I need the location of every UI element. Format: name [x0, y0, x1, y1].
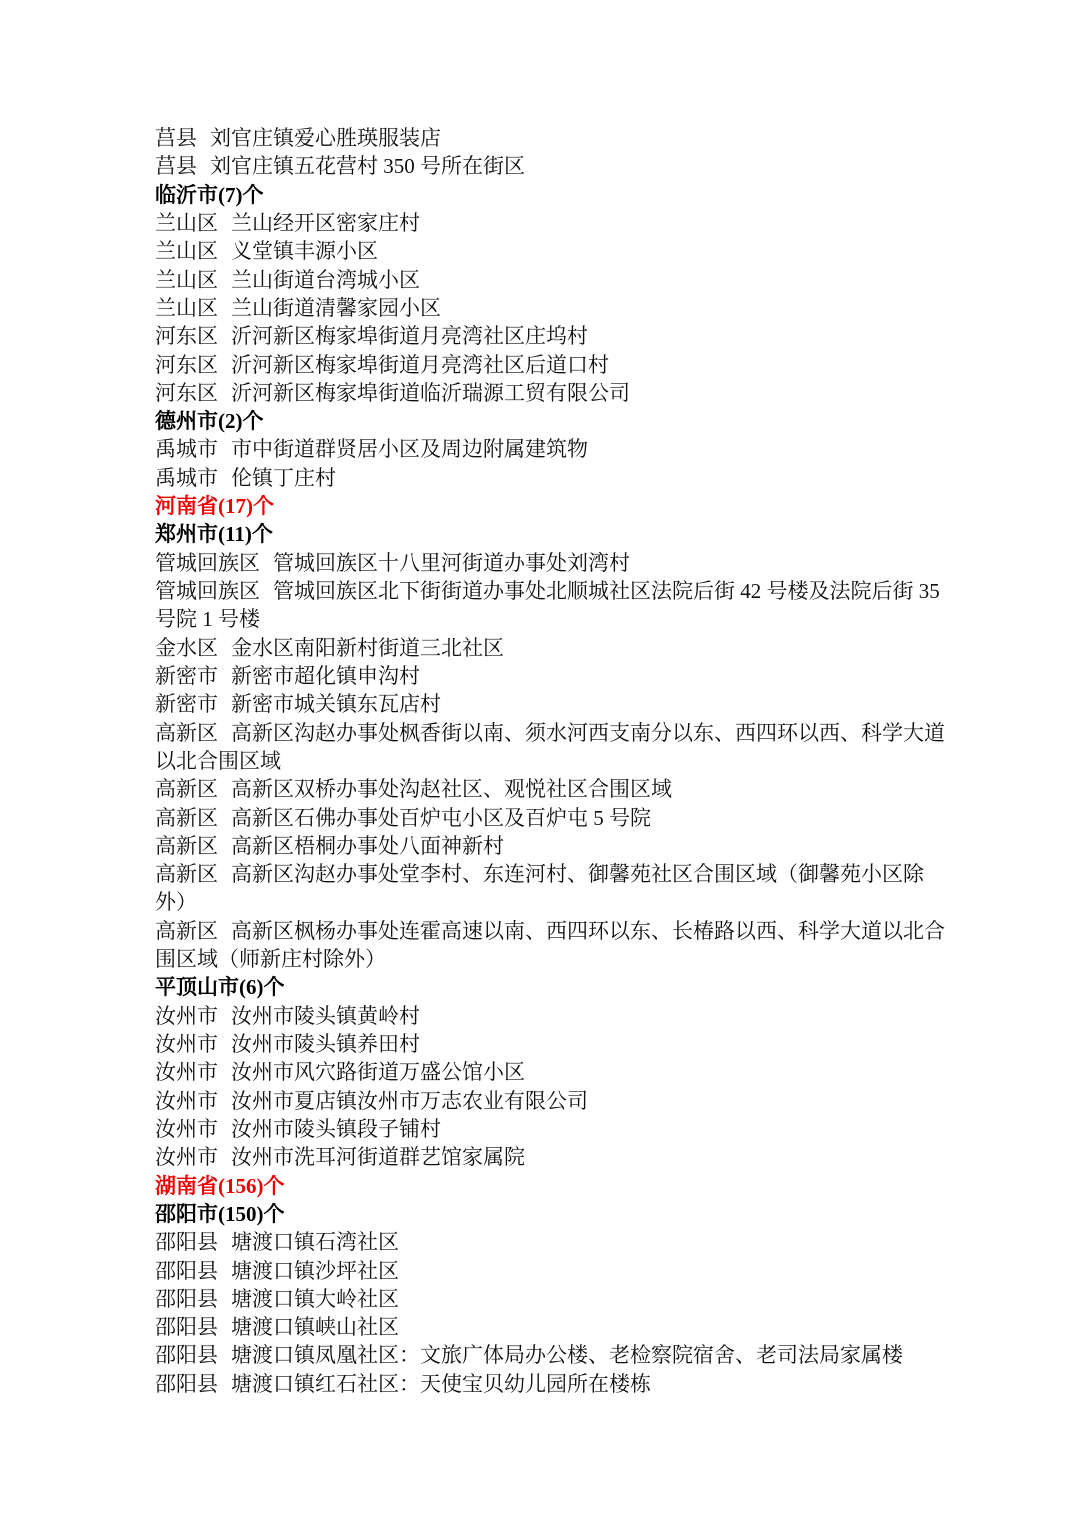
entry-district: 莒县 — [155, 126, 197, 150]
entry-district: 汝州市 — [155, 1089, 218, 1113]
region-entry: 高新区高新区双桥办事处沟赵社区、观悦社区合围区域 — [155, 775, 947, 803]
entry-district: 金水区 — [155, 636, 218, 660]
entry-district: 邵阳县 — [155, 1287, 218, 1311]
entry-district: 莒县 — [155, 154, 197, 178]
region-entry: 河东区沂河新区梅家埠街道月亮湾社区后道口村 — [155, 351, 947, 379]
entry-location: 新密市超化镇申沟村 — [231, 664, 420, 688]
region-entry: 汝州市汝州市陵头镇养田村 — [155, 1030, 947, 1058]
entry-district: 管城回族区 — [155, 551, 260, 575]
entry-district: 新密市 — [155, 664, 218, 688]
entry-location: 高新区沟赵办事处枫香街以南、须水河西支南分以东、西四环以西、科学大道以北合围区域 — [155, 721, 945, 773]
entry-location: 沂河新区梅家埠街道临沂瑞源工贸有限公司 — [231, 381, 630, 405]
entry-district: 邵阳县 — [155, 1372, 218, 1396]
entry-district: 兰山区 — [155, 296, 218, 320]
entry-location: 兰山经开区密家庄村 — [231, 211, 420, 235]
entry-district: 高新区 — [155, 721, 218, 745]
entry-district: 河东区 — [155, 353, 218, 377]
entry-district: 禹城市 — [155, 466, 218, 490]
entry-location: 汝州市风穴路街道万盛公馆小区 — [231, 1060, 525, 1084]
entry-location: 塘渡口镇沙坪社区 — [231, 1259, 399, 1283]
region-entry: 汝州市汝州市风穴路街道万盛公馆小区 — [155, 1058, 947, 1086]
region-entry: 邵阳县塘渡口镇石湾社区 — [155, 1228, 947, 1256]
region-entry: 金水区金水区南阳新村街道三北社区 — [155, 634, 947, 662]
entry-location: 高新区枫杨办事处连霍高速以南、西四环以东、长椿路以西、科学大道以北合围区域（师新… — [155, 919, 945, 971]
entry-location: 伦镇丁庄村 — [231, 466, 336, 490]
entry-district: 高新区 — [155, 777, 218, 801]
city-header: 德州市(2)个 — [155, 407, 947, 435]
region-entry: 高新区高新区梧桐办事处八面神新村 — [155, 832, 947, 860]
entry-location: 高新区梧桐办事处八面神新村 — [231, 834, 504, 858]
region-entry: 兰山区兰山经开区密家庄村 — [155, 209, 947, 237]
region-entry: 管城回族区管城回族区十八里河街道办事处刘湾村 — [155, 549, 947, 577]
region-entry: 邵阳县塘渡口镇峡山社区 — [155, 1313, 947, 1341]
entry-district: 汝州市 — [155, 1032, 218, 1056]
entry-district: 高新区 — [155, 862, 218, 886]
region-entry: 高新区高新区石佛办事处百炉屯小区及百炉屯 5 号院 — [155, 804, 947, 832]
risk-area-list: 莒县刘官庄镇爱心胜瑛服装店莒县刘官庄镇五花营村 350 号所在街区临沂市(7)个… — [155, 124, 947, 1398]
entry-location: 塘渡口镇大岭社区 — [231, 1287, 399, 1311]
entry-location: 塘渡口镇凤凰社区：文旅广体局办公楼、老检察院宿舍、老司法局家属楼 — [231, 1343, 903, 1367]
entry-location: 新密市城关镇东瓦店村 — [231, 692, 441, 716]
region-entry: 禹城市伦镇丁庄村 — [155, 464, 947, 492]
region-entry: 莒县刘官庄镇五花营村 350 号所在街区 — [155, 152, 947, 180]
region-entry: 新密市新密市超化镇申沟村 — [155, 662, 947, 690]
entry-district: 邵阳县 — [155, 1259, 218, 1283]
entry-district: 兰山区 — [155, 211, 218, 235]
entry-district: 汝州市 — [155, 1117, 218, 1141]
entry-district: 禹城市 — [155, 437, 218, 461]
region-entry: 邵阳县塘渡口镇红石社区：天使宝贝幼儿园所在楼栋 — [155, 1370, 947, 1398]
city-header: 临沂市(7)个 — [155, 181, 947, 209]
region-entry: 汝州市汝州市陵头镇段子铺村 — [155, 1115, 947, 1143]
entry-location: 汝州市陵头镇段子铺村 — [231, 1117, 441, 1141]
entry-location: 义堂镇丰源小区 — [231, 239, 378, 263]
city-header: 邵阳市(150)个 — [155, 1200, 947, 1228]
province-header: 湖南省(156)个 — [155, 1172, 947, 1200]
region-entry: 兰山区兰山街道清馨家园小区 — [155, 294, 947, 322]
entry-location: 塘渡口镇峡山社区 — [231, 1315, 399, 1339]
entry-district: 汝州市 — [155, 1060, 218, 1084]
region-entry: 汝州市汝州市洗耳河街道群艺馆家属院 — [155, 1143, 947, 1171]
region-entry: 高新区高新区沟赵办事处枫香街以南、须水河西支南分以东、西四环以西、科学大道以北合… — [155, 719, 947, 776]
entry-location: 汝州市洗耳河街道群艺馆家属院 — [231, 1145, 525, 1169]
entry-location: 刘官庄镇五花营村 350 号所在街区 — [210, 154, 525, 178]
entry-location: 高新区双桥办事处沟赵社区、观悦社区合围区域 — [231, 777, 672, 801]
entry-location: 沂河新区梅家埠街道月亮湾社区庄坞村 — [231, 324, 588, 348]
region-entry: 汝州市汝州市陵头镇黄岭村 — [155, 1002, 947, 1030]
entry-location: 汝州市夏店镇汝州市万志农业有限公司 — [231, 1089, 588, 1113]
entry-location: 汝州市陵头镇黄岭村 — [231, 1004, 420, 1028]
entry-district: 管城回族区 — [155, 579, 260, 603]
region-entry: 禹城市市中街道群贤居小区及周边附属建筑物 — [155, 435, 947, 463]
region-entry: 管城回族区管城回族区北下街街道办事处北顺城社区法院后街 42 号楼及法院后街 3… — [155, 577, 947, 634]
entry-district: 汝州市 — [155, 1145, 218, 1169]
entry-location: 金水区南阳新村街道三北社区 — [231, 636, 504, 660]
entry-location: 管城回族区十八里河街道办事处刘湾村 — [273, 551, 630, 575]
entry-district: 新密市 — [155, 692, 218, 716]
entry-district: 邵阳县 — [155, 1315, 218, 1339]
entry-location: 兰山街道清馨家园小区 — [231, 296, 441, 320]
document-page: 莒县刘官庄镇爱心胜瑛服装店莒县刘官庄镇五花营村 350 号所在街区临沂市(7)个… — [0, 0, 1080, 1526]
region-entry: 河东区沂河新区梅家埠街道临沂瑞源工贸有限公司 — [155, 379, 947, 407]
entry-location: 汝州市陵头镇养田村 — [231, 1032, 420, 1056]
entry-district: 汝州市 — [155, 1004, 218, 1028]
region-entry: 高新区高新区沟赵办事处堂李村、东连河村、御馨苑社区合围区域（御馨苑小区除外） — [155, 860, 947, 917]
entry-district: 兰山区 — [155, 268, 218, 292]
region-entry: 莒县刘官庄镇爱心胜瑛服装店 — [155, 124, 947, 152]
region-entry: 兰山区兰山街道台湾城小区 — [155, 266, 947, 294]
region-entry: 河东区沂河新区梅家埠街道月亮湾社区庄坞村 — [155, 322, 947, 350]
entry-location: 管城回族区北下街街道办事处北顺城社区法院后街 42 号楼及法院后街 35 号院 … — [155, 579, 940, 631]
entry-district: 高新区 — [155, 919, 218, 943]
entry-location: 高新区沟赵办事处堂李村、东连河村、御馨苑社区合围区域（御馨苑小区除外） — [155, 862, 924, 914]
region-entry: 兰山区义堂镇丰源小区 — [155, 237, 947, 265]
region-entry: 新密市新密市城关镇东瓦店村 — [155, 690, 947, 718]
entry-district: 河东区 — [155, 324, 218, 348]
entry-district: 兰山区 — [155, 239, 218, 263]
entry-district: 河东区 — [155, 381, 218, 405]
entry-location: 高新区石佛办事处百炉屯小区及百炉屯 5 号院 — [231, 806, 651, 830]
entry-district: 高新区 — [155, 834, 218, 858]
entry-district: 邵阳县 — [155, 1343, 218, 1367]
entry-location: 兰山街道台湾城小区 — [231, 268, 420, 292]
entry-location: 刘官庄镇爱心胜瑛服装店 — [210, 126, 441, 150]
entry-location: 市中街道群贤居小区及周边附属建筑物 — [231, 437, 588, 461]
entry-district: 邵阳县 — [155, 1230, 218, 1254]
region-entry: 邵阳县塘渡口镇大岭社区 — [155, 1285, 947, 1313]
entry-location: 沂河新区梅家埠街道月亮湾社区后道口村 — [231, 353, 609, 377]
province-header: 河南省(17)个 — [155, 492, 947, 520]
city-header: 郑州市(11)个 — [155, 520, 947, 548]
entry-location: 塘渡口镇石湾社区 — [231, 1230, 399, 1254]
region-entry: 邵阳县塘渡口镇凤凰社区：文旅广体局办公楼、老检察院宿舍、老司法局家属楼 — [155, 1341, 947, 1369]
region-entry: 邵阳县塘渡口镇沙坪社区 — [155, 1257, 947, 1285]
city-header: 平顶山市(6)个 — [155, 973, 947, 1001]
entry-district: 高新区 — [155, 806, 218, 830]
region-entry: 高新区高新区枫杨办事处连霍高速以南、西四环以东、长椿路以西、科学大道以北合围区域… — [155, 917, 947, 974]
region-entry: 汝州市汝州市夏店镇汝州市万志农业有限公司 — [155, 1087, 947, 1115]
entry-location: 塘渡口镇红石社区：天使宝贝幼儿园所在楼栋 — [231, 1372, 651, 1396]
